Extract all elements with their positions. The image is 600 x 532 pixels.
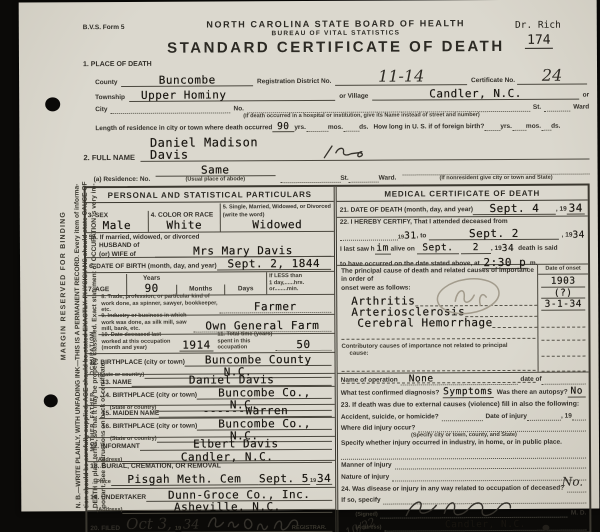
last-saw-him: im [376,244,389,254]
residence-length-label: Length of residence in city or town wher… [95,124,272,133]
burial-year-value: 34 [317,473,331,484]
ward-label: Ward. [379,174,397,183]
last-saw-day: 2 [473,243,479,253]
comma-19: , 19 [562,231,573,239]
if-so-label: If so, specify [341,496,380,505]
or-label: or [583,91,590,99]
external-label: 23. If death was due to external causes … [341,400,579,410]
place-of-death-section: 1. PLACE OF DEATH County Buncombe Regist… [83,58,589,134]
certificate-title: STANDARD CERTIFICATE OF DEATH [83,38,589,58]
no-label: No. [233,105,244,113]
test-value: Symptoms [443,387,493,397]
punch-hole [44,394,58,407]
informant-value: Elbert Davis [193,438,279,449]
to-label: , to [417,232,427,240]
st-label: St. [533,103,541,111]
spouse-row: 5a. If married, widowed, or divorced HUS… [86,232,334,258]
township-value: Upper Hominy [141,90,227,101]
header-annotations: Dr. Rich 174 [515,20,561,49]
test-label: What test confirmed diagnosis? [341,390,440,399]
age-label: 7. AGE [88,286,124,295]
father-birthplace-value: Buncombe Co., [218,387,311,398]
trade-label: 8. Trade, profession, or particular kind… [101,293,219,314]
comma-19: , 19 [561,413,572,421]
informant-label: 17. INFORMANT [90,442,140,451]
where-injury-line: Where did injury occur? (Specify city or… [338,422,589,439]
to-year-value: 34 [572,230,585,240]
village-value: Candler, N.C. [429,88,522,99]
undertaker-value: Dunn-Groce Co., Inc. [168,489,311,501]
specify-line: Specify whether injury occurred in indus… [338,438,589,459]
personal-header: PERSONAL AND STATISTICAL PARTICULARS [86,187,334,203]
certify-label: 22. I HEREBY CERTIFY, That I attended de… [340,217,585,227]
township-line: Township Upper Hominy or Village Candler… [95,88,589,103]
autopsy-value: No [570,387,583,397]
md-label: M. D. [571,509,587,518]
last-saw-year: 34 [502,244,515,254]
date-of-death-row: 21. DATE OF DEATH (month, day, and year)… [337,201,588,218]
filed-label: 20. FILED [90,525,120,532]
trade-value: Farmer [254,301,297,312]
city-label: City [95,106,107,115]
full-name-line: 2. FULL NAME Daniel Madison Davis [83,135,589,163]
months-label: Months [189,285,212,294]
mother-group: MOTHER 15. MAIDEN NAME ------Warren 16. … [87,405,335,438]
medical-header: MEDICAL CERTIFICATE OF DEATH [337,186,588,202]
days-label: Days [238,285,254,294]
filed-date-value: Oct 3, [126,517,172,532]
operation-line: Name of operation None date of [338,372,589,386]
birthplace-value: Buncombe County [205,354,312,366]
date-of-label: date of [520,376,541,385]
burial-date-value: Sept. 5 [259,473,309,484]
mother-birthplace-value: Buncombe Co., [218,418,311,429]
last-worked-value: 1914 [182,340,211,351]
physician-signature [401,497,541,522]
ward-label: Ward [573,103,589,112]
mos-label: mos. [328,124,343,133]
injury-date-label: Date of injury [485,413,527,422]
industry-value: Own General Farm [205,320,319,332]
pencil-mark [433,273,503,319]
st-label: St. [340,174,348,182]
dod-value: Sept. 4 [490,203,540,214]
age-years-value: 90 [145,283,159,294]
operation-value: None [409,375,434,385]
filed-year-value: 34 [183,519,200,532]
township-label: Township [95,94,125,103]
hospital-note: (If death occurred in a hospital or inst… [243,112,589,121]
specify-label: Specify whether injury occurred in indus… [341,439,586,449]
binding-margin-label: MARGIN RESERVED FOR BINDING [60,211,68,360]
foreign-birth-label: How long in U. S. if of foreign birth? [373,123,484,132]
burial-place-value: Pisgah Meth. Cem [127,473,241,485]
spouse-value: Mrs Mary Davis [193,245,293,257]
village-label: or Village [339,92,368,101]
form-number: B.V.S. Form 5 [83,24,125,31]
undertaker-row: 19. UNDERTAKER Dunn-Groce Co., Inc. (Add… [87,488,335,511]
father-name-label: 13. NAME [102,378,132,387]
sex-race-marital-row: 3. SEX Male 4. COLOR OR RACE White 5. Si… [86,202,334,233]
form-header: B.V.S. Form 5 Dr. Rich 174 NORTH CAROLIN… [83,18,589,58]
certificate-paper: MARGIN RESERVED FOR BINDING N. B.—WRITE … [19,0,600,512]
last-saw-month: Sept. [422,244,453,254]
husband-of-label: HUSBAND of [99,242,155,251]
less-than-label: or........min. [269,286,332,293]
father-group: FATHER 13. NAME Daniel Davis 14. BIRTHPL… [87,374,335,406]
doctor-annotation: Dr. Rich [515,20,561,31]
occupation-group: OCCUPATION 8. Trade, profession, or part… [86,295,334,354]
diagnosis-line: What test confirmed diagnosis? Symptoms … [338,385,589,399]
related-label: 24. Was disease or injury in any way rel… [341,484,564,494]
certificate-form: B.V.S. Form 5 Dr. Rich 174 NORTH CAROLIN… [83,5,592,532]
marital-value: Widowed [252,219,302,230]
undertaker-label: 19. UNDERTAKER [90,493,146,502]
dob-label: 6. DATE OF BIRTH (month, day, and year) [89,262,217,271]
dob-row: 6. DATE OF BIRTH (month, day, and year) … [86,257,334,273]
county-line: County Buncombe Registration District No… [95,68,589,88]
to-date-value: Sept. 2 [469,228,519,239]
where-label: Where did injury occur? [341,424,415,433]
death-said-label: death is said [518,245,557,254]
comma-19: , 19 [556,206,567,214]
nature-label: Nature of injury [341,473,389,482]
physician-address-value: Candler, N.C. [445,520,526,530]
residence-value: Same [201,165,230,176]
dod-year-value: 34 [569,202,583,213]
informant-row: 17. INFORMANT Elbert Davis (Address) Can… [87,437,335,462]
ds-label: ds. [551,123,560,131]
punch-hole [45,97,60,111]
mos-label: mos. [526,123,541,132]
residence-label: (a) Residence: No. [94,175,151,184]
dob-value: Sept. 2, 1844 [228,258,321,269]
signed-line: (Signed) M. D. [338,505,589,520]
onset-date-2: (?) [554,288,573,298]
from-year-value: 31 [404,231,417,241]
last-saw-label: I last saw h [340,246,375,255]
onset-header: Date of onset [538,264,588,274]
father-name-value: Daniel Davis [189,374,275,385]
columns: PERSONAL AND STATISTICAL PARTICULARS 3. … [84,184,592,532]
county-value: Buncombe [159,75,216,86]
race-value: White [166,220,202,231]
personal-column: PERSONAL AND STATISTICAL PARTICULARS 3. … [86,187,336,532]
related-answer: No. [562,476,583,488]
certify-block: 22. I HEREBY CERTIFY, That I attended de… [337,216,588,265]
dod-label: 21. DATE OF DEATH (month, day, and year) [340,207,473,216]
residence-years-value: 90 [277,122,290,132]
manner-label: Manner of injury [341,462,392,471]
place-label: Place [96,479,111,486]
handwritten-mark [320,144,364,160]
mother-name-value: ------Warren [203,405,289,416]
burial-row: 18. BURIAL, CREMATION, OR REMOVAL Place … [87,461,335,489]
certificate-number-top: 174 [525,33,553,49]
sex-value: Male [103,220,132,231]
ink-smudge [542,525,549,531]
autopsy-label: Was there an autopsy? [497,389,568,398]
certificate-label: Certificate No. [471,77,515,86]
onset-date-3: 3-1-34 [545,300,582,310]
alive-on-label: alive on [391,246,415,255]
registrar-label: REGISTRAR. [292,525,327,532]
burial-label: 18. BURIAL, CREMATION, OR REMOVAL [90,462,332,472]
certificate-value: 24 [542,68,562,84]
date-of-onset-column: Date of onset 1903 (?) 3-1-34 [537,264,589,371]
total-time-value: 50 [296,339,310,350]
yrs-label: yrs. [294,124,306,132]
full-name-value: Daniel Madison Davis [150,136,299,161]
residence-length-line: Length of residence in city or town wher… [95,120,589,133]
industry-label: 9. Industry or business in which work wa… [101,312,193,333]
abode-note: (Usual place of abode) [155,176,275,183]
full-name-label: 2. FULL NAME [83,152,135,162]
last-worked-label: 10. Date deceased last worked at this oc… [101,332,179,353]
cause-of-death-block: The principal cause of death and related… [337,264,589,373]
ds-label: ds. [359,124,368,132]
birthplace-row: 12. BIRTHPLACE (city or town) Buncombe C… [87,353,335,375]
district-value: 11-14 [378,68,424,84]
yrs-label: yrs. [500,123,512,131]
accident-label: Accident, suicide, or homicide? [341,413,439,422]
onset-date-1: 1903 [551,277,576,287]
operation-label: Name of operation [341,377,398,386]
residence-line: (a) Residence: No. Same (Usual place of … [94,163,590,184]
mother-name-label: 15. MAIDEN NAME [102,409,159,418]
district-label: Registration District No. [257,78,331,87]
county-label: County [95,79,117,88]
filed-row: 20. FILED Oct 3, 19 34 REGISTRAR. [87,510,335,532]
comma-19: , 19 [491,245,502,253]
medical-column: MEDICAL CERTIFICATE OF DEATH 21. DATE OF… [334,186,590,532]
nonresident-note: (If nonresident give city or town and St… [402,175,589,183]
bureau-title: BUREAU OF VITAL STATISTICS [83,29,589,39]
total-time-label: 11. Total time (years) spent in this occ… [217,331,275,351]
